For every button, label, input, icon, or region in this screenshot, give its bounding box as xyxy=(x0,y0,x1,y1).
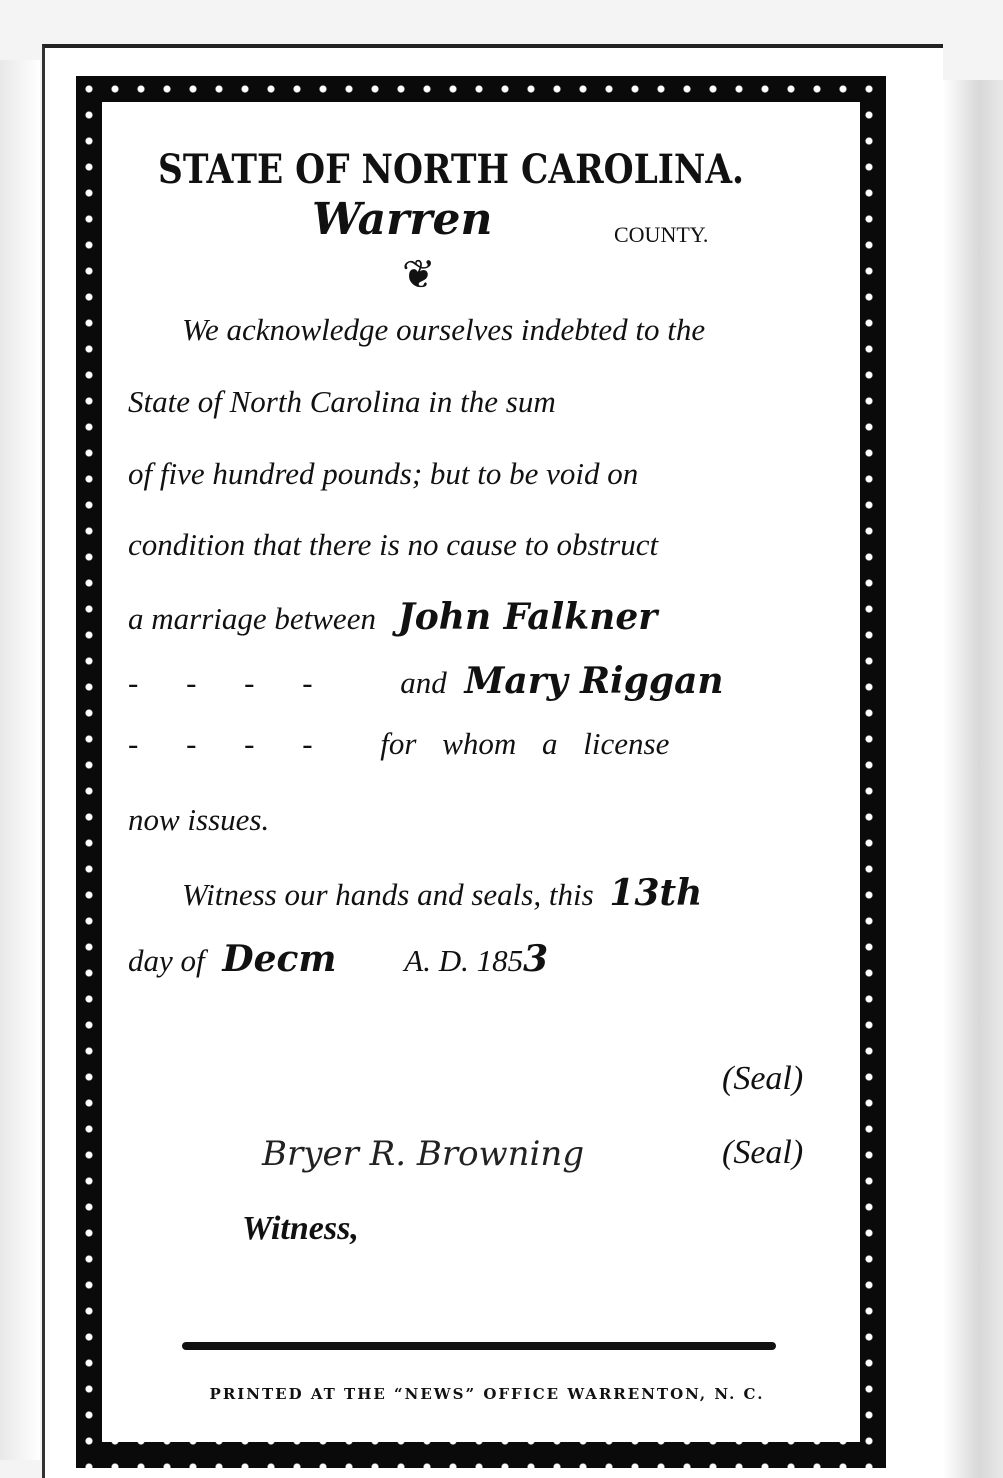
groom-name: John Falkner xyxy=(398,596,658,638)
printer-imprint: PRINTED AT THE “NEWS” OFFICE WARRENTON, … xyxy=(142,1385,832,1403)
witness-line: Witness our hands and seals, this 13th xyxy=(182,872,820,914)
and-label: and xyxy=(400,665,447,700)
seal-1: (Seal) xyxy=(722,1060,803,1098)
body-line-1: We acknowledge ourselves indebted to the xyxy=(182,312,820,348)
issues-line: now issues. xyxy=(128,802,820,838)
body-line-3: of five hundred pounds; but to be void o… xyxy=(128,456,820,492)
county-name-handwritten: Warren xyxy=(312,194,492,245)
dashes-2: - - - - xyxy=(128,726,333,761)
day-handwritten: 13th xyxy=(609,872,702,914)
witness-label: Witness, xyxy=(242,1210,359,1248)
date-line: day of Decm A. D. 1853 xyxy=(128,938,820,980)
body-line-4: condition that there is no cause to obst… xyxy=(128,527,820,563)
bride-name: Mary Riggan xyxy=(465,660,724,702)
scan-edge-right xyxy=(943,80,1003,1478)
ornament-icon: ❦ xyxy=(402,252,436,298)
marriage-line: a marriage between John Falkner xyxy=(128,596,820,638)
ornamental-border: STATE OF NORTH CAROLINA. Warren COUNTY. … xyxy=(76,76,886,1468)
marriage-prefix: a marriage between xyxy=(128,601,376,636)
day-of-label: day of xyxy=(128,943,205,978)
dashes-1: - - - - xyxy=(128,665,333,700)
signature: Bryer R. Browning xyxy=(262,1134,584,1174)
divider-rule xyxy=(182,1342,776,1350)
document-content: STATE OF NORTH CAROLINA. Warren COUNTY. … xyxy=(102,102,860,1442)
year-suffix-handwritten: 3 xyxy=(523,938,548,980)
seal-2: (Seal) xyxy=(722,1134,803,1172)
license-line: - - - - for whom a license xyxy=(128,726,820,762)
month-handwritten: Decm xyxy=(222,938,336,980)
document-title: STATE OF NORTH CAROLINA. xyxy=(158,146,744,193)
bride-line: - - - - and Mary Riggan xyxy=(128,660,820,702)
county-label: COUNTY. xyxy=(614,222,708,248)
scan-edge-left xyxy=(0,60,40,1460)
year-prefix: A. D. 185 xyxy=(404,943,523,978)
body-line-2: State of North Carolina in the sum xyxy=(128,384,820,420)
witness-text: Witness our hands and seals, this xyxy=(182,877,594,912)
license-text: for whom a license xyxy=(380,726,669,761)
